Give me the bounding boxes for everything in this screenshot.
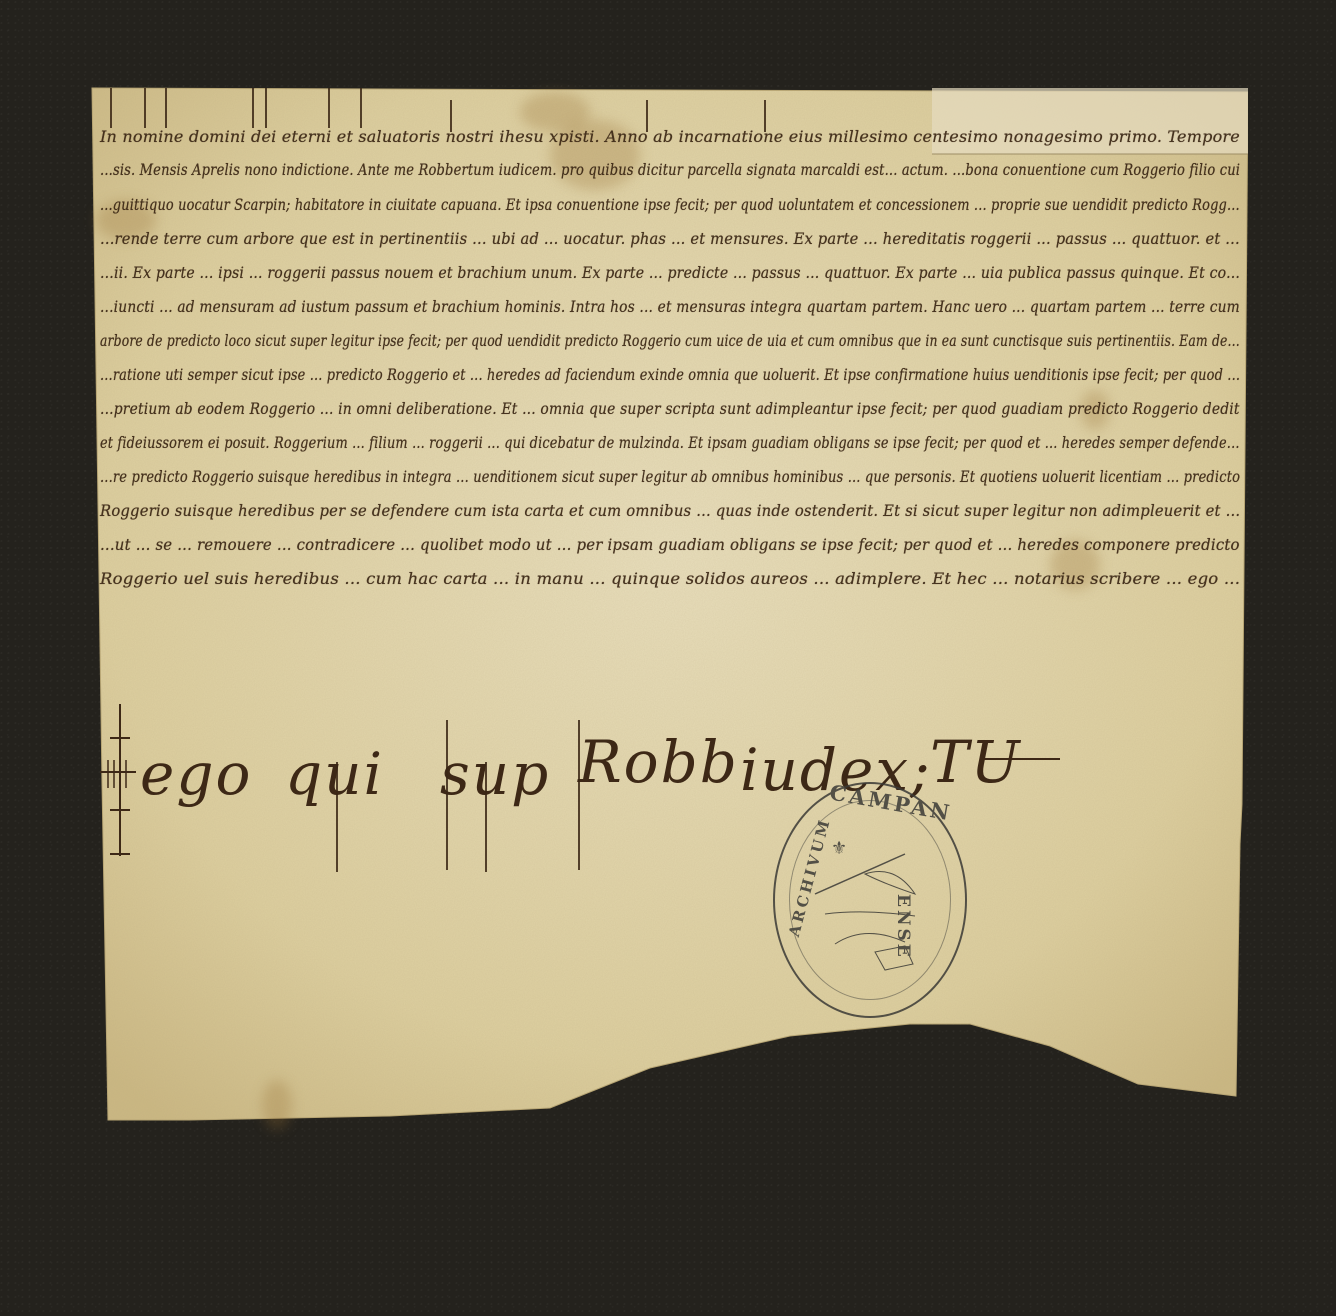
subscription-word: ego <box>140 740 252 808</box>
text-line: et fideiussorem ei posuit. Roggerium ...… <box>100 434 1240 452</box>
ascender-stroke <box>144 88 146 128</box>
text-line: In nomine domini dei eterni et saluatori… <box>100 128 1240 146</box>
descender-stroke <box>446 720 448 870</box>
text-line: ...ratione uti semper sicut ipse ... pre… <box>100 366 1240 384</box>
descender-stroke <box>485 762 487 872</box>
text-line: ...re predicto Roggerio suisque heredibu… <box>100 468 1240 486</box>
subscription-word: qui <box>285 740 384 808</box>
text-line: ...iuncti ... ad mensuram ad iustum pass… <box>100 298 1240 316</box>
ascender-stroke <box>360 88 362 128</box>
subscription-flourish-line <box>980 758 1060 760</box>
seal-emblem-icon: ⚜ <box>805 824 935 974</box>
descender-stroke <box>336 762 338 872</box>
text-line: ...ii. Ex parte ... ipsi ... roggerii pa… <box>100 264 1240 282</box>
ascender-stroke <box>265 88 267 128</box>
stain <box>262 1080 292 1130</box>
ascender-stroke <box>110 88 112 128</box>
descender-stroke <box>578 720 580 870</box>
ascender-stroke <box>328 88 330 128</box>
text-line: ...guittiquo uocatur Scarpin; habitatore… <box>100 196 1240 214</box>
text-line: ...sis. Mensis Aprelis nono indictione. … <box>100 161 1240 179</box>
svg-text:⚜: ⚜ <box>831 838 847 859</box>
text-line: ...pretium ab eodem Roggerio ... in omni… <box>100 400 1240 418</box>
archive-seal-stamp: CAMPAN ENSE ARCHIVUM ⚜ <box>773 782 967 1018</box>
subscription-word: TU <box>930 728 1022 796</box>
text-line: Roggerio uel suis heredibus ... cum hac … <box>100 570 1240 588</box>
subscription-word: sup <box>440 740 550 808</box>
text-line: Roggerio suisque heredibus per se defend… <box>100 502 1240 520</box>
ascender-stroke <box>165 88 167 128</box>
dark-mount-background: In nomine domini dei eterni et saluatori… <box>0 0 1336 1316</box>
text-line: ...rende terre cum arbore que est in per… <box>100 230 1240 248</box>
ascender-stroke <box>252 88 254 128</box>
text-line: ...ut ... se ... remouere ... contradice… <box>100 536 1240 554</box>
text-line: arbore de predicto loco sicut super legi… <box>100 332 1240 350</box>
subscription-word: Robb <box>578 728 739 796</box>
